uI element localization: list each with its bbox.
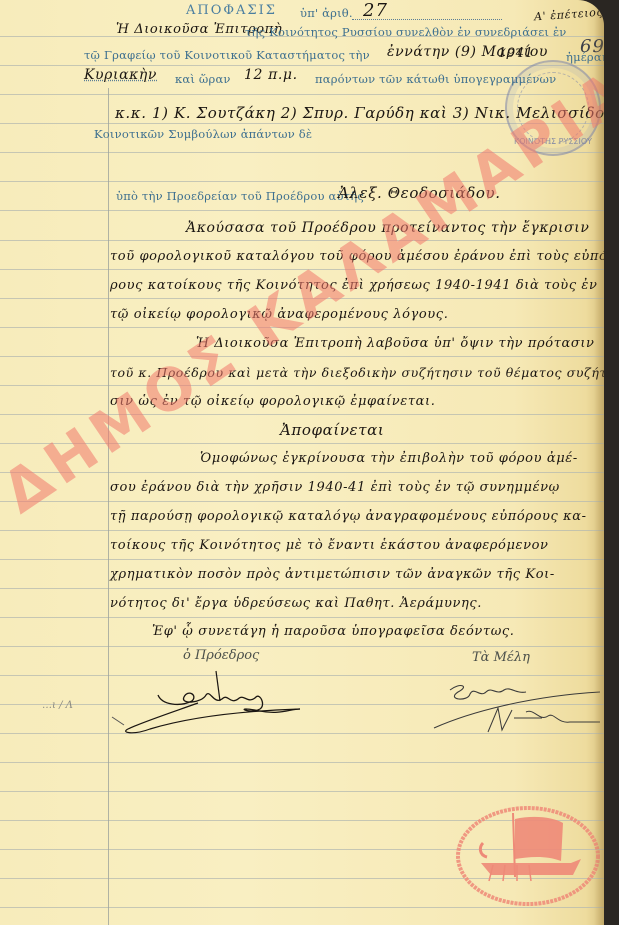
body-line: σιν ὡς ἐν τῷ οἰκείῳ φορολογικῷ ἐμφαίνετα… xyxy=(110,394,435,409)
session-note: Α' ἐπέτειος xyxy=(534,6,604,24)
president-name: Ἀλεξ. Θεοδοσιάδου. xyxy=(338,184,501,202)
preamble-line6: ὑπὸ τὴν Προεδρείαν τοῦ Προέδρου αὐτῆς xyxy=(116,189,364,203)
margin-line xyxy=(108,88,109,925)
body-line: νότητος δι' ἔργα ὑδρεύσεως καὶ Παθητ. Ἀε… xyxy=(110,596,482,611)
decision-heading: Ἀποφαίνεται xyxy=(280,421,384,439)
margin-pencil-marks: …ι / Λ xyxy=(42,700,73,711)
body-line: τῷ οἰκείῳ φορολογικῷ ἀναφερομένους λόγου… xyxy=(110,307,448,322)
meeting-year: 1941 xyxy=(498,46,533,61)
members-signatures xyxy=(430,672,604,737)
document-page: ΚΟΙΝΟΤΗΣ ΡΥΣΣΙΟΥ ΑΠΟΦΑΣΙΣ ὑπ' ἀριθ. 27 Α… xyxy=(0,0,604,925)
decision-title: ΑΠΟΦΑΣΙΣ xyxy=(186,3,277,18)
preamble-line1: τῆς Κοινότητος Ρυσσίου συνελθὸν ἐν συνεδ… xyxy=(245,25,567,39)
members-label: Τὰ Μέλη xyxy=(472,650,530,665)
body-line: τῇ παρούσῃ φορολογικῷ καταλόγῳ ἀναγραφομ… xyxy=(110,509,587,524)
decision-number: 27 xyxy=(363,0,388,21)
body-line: ρους κατοίκους τῆς Κοινότητος ἐπὶ χρήσεω… xyxy=(110,278,598,293)
body-line: τοίκους τῆς Κοινότητος μὲ τὸ ἔναντι ἑκάσ… xyxy=(110,538,549,553)
body-line: Ἡ Διοικοῦσα Ἐπιτροπὴ λαβοῦσα ὑπ' ὄψιν τὴ… xyxy=(196,336,595,351)
president-label: ὁ Πρόεδρος xyxy=(183,648,259,663)
meeting-weekday: Κυριακὴν xyxy=(84,67,157,83)
president-signature xyxy=(110,665,310,735)
number-underline xyxy=(352,19,502,20)
ship-emblem-stamp xyxy=(453,803,603,908)
preamble-line5: Κοινοτικῶν Συμβούλων ἀπάντων δὲ xyxy=(94,127,312,141)
council-members: κ.κ. 1) Κ. Σουτζάκη 2) Σπυρ. Γαρύδη καὶ … xyxy=(115,104,604,122)
preamble-hour-label: καὶ ὥραν xyxy=(175,72,231,86)
preamble-line3: παρόντων τῶν κάτωθι ὑπογεγραμμένων xyxy=(315,72,556,86)
body-line: τοῦ κ. Προέδρου καὶ μετὰ τὴν διεξοδικὴν … xyxy=(110,365,604,380)
closing-line: Ἐφ' ᾧ συνετάγη ἡ παροῦσα ὑπογραφεῖσα δεό… xyxy=(152,624,515,639)
body-line: Ἀκούσασα τοῦ Προέδρου προτείναντος τὴν ἔ… xyxy=(186,220,589,236)
body-line: χρηματικὸν ποσὸν πρὸς ἀντιμετώπισιν τῶν … xyxy=(110,567,555,582)
body-line: σου ἐράνου διὰ τὴν χρῆσιν 1940-41 ἐπὶ το… xyxy=(110,480,560,495)
body-line: τοῦ φορολογικοῦ καταλόγου τοῦ φόρου ἀμέσ… xyxy=(110,249,604,264)
preamble-line2: τῷ Γραφείῳ τοῦ Κοινοτικοῦ Καταστήματος τ… xyxy=(84,48,370,62)
body-line: Ὁμοφώνως ἐγκρίνουσα τὴν ἐπιβολὴν τοῦ φόρ… xyxy=(200,451,578,466)
number-label: ὑπ' ἀριθ. xyxy=(300,6,353,20)
preamble-day-label: ἡμέραν xyxy=(566,50,604,64)
meeting-time: 12 π.μ. xyxy=(244,67,298,83)
